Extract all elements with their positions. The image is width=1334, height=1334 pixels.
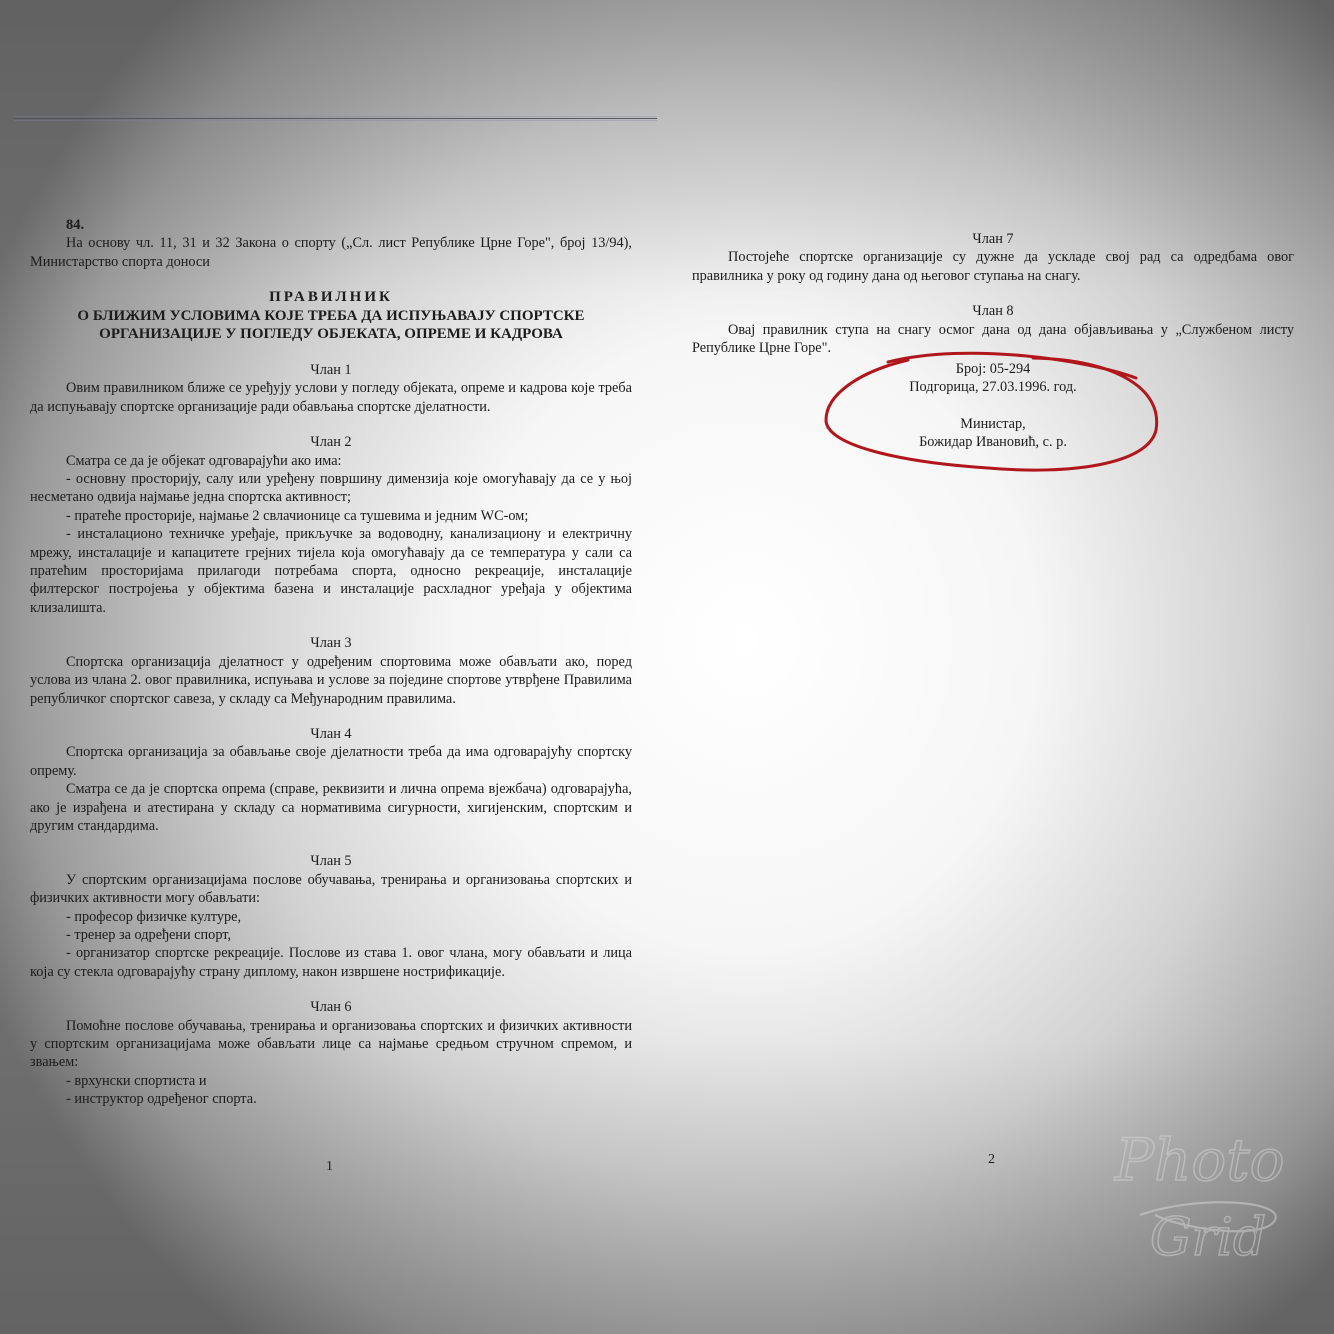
article-paragraph: Помоћне послове обучавања, тренирања и о… [30, 1017, 632, 1072]
article: Члан 5У спортским организацијама послове… [30, 852, 632, 981]
article-paragraph: - пратеће просторије, најмање 2 свлачион… [30, 507, 632, 525]
svg-text:Grid: Grid [1150, 1208, 1266, 1268]
photogrid-watermark-icon: Photo Grid [1095, 1105, 1315, 1325]
title-line-1: ПРАВИЛНИК [30, 288, 632, 307]
article: Члан 8Овај правилник ступа на снагу осмо… [692, 302, 1294, 357]
article-paragraph: - организатор спортске рекреације. Посло… [30, 944, 632, 981]
article-heading: Члан 3 [30, 634, 632, 652]
article-heading: Члан 8 [692, 302, 1294, 320]
document-title: ПРАВИЛНИК О БЛИЖИМ УСЛОВИМА КОЈЕ ТРЕБА Д… [30, 288, 632, 344]
article-heading: Члан 5 [30, 852, 632, 870]
page-2: Члан 7Постојеће спортске организације су… [692, 230, 1294, 357]
item-number: 84. [30, 216, 632, 234]
page-number-1: 1 [326, 1159, 333, 1175]
article-heading: Члан 6 [30, 998, 632, 1016]
svg-text:Photo: Photo [1114, 1126, 1285, 1194]
place-date: Подгорица, 27.03.1996. год. [828, 378, 1158, 396]
article: Члан 1Овим правилником ближе се уређују … [30, 361, 632, 416]
title-line-3: ОРГАНИЗАЦИЈЕ У ПОГЛЕДУ ОБЈЕКАТА, ОПРЕМЕ … [30, 325, 632, 344]
article-heading: Члан 2 [30, 433, 632, 451]
article-paragraph: - професор физичке културе, [30, 908, 632, 926]
article-paragraph: Овим правилником ближе се уређују услови… [30, 379, 632, 416]
article-heading: Члан 1 [30, 361, 632, 379]
article-list: Члан 7Постојеће спортске организације су… [692, 230, 1294, 357]
article: Члан 7Постојеће спортске организације су… [692, 230, 1294, 285]
article-paragraph: Сматра се да је спортска опрема (справе,… [30, 780, 632, 835]
signatory-role: Министар, [828, 415, 1158, 433]
page-1: 84. На основу чл. 11, 31 и 32 Закона о с… [30, 216, 632, 1109]
article-paragraph: - инсталационо техничке уређаје, прикључ… [30, 525, 632, 617]
article-paragraph: - врхунски спортиста и [30, 1072, 632, 1090]
article: Члан 4Спортска организација за обављање … [30, 725, 632, 835]
article-paragraph: - основну просторију, салу или уређену п… [30, 470, 632, 507]
document-number: Број: 05-294 [828, 360, 1158, 378]
page-number-2: 2 [988, 1152, 995, 1168]
article-list: Члан 1Овим правилником ближе се уређују … [30, 361, 632, 1109]
signature-block: Број: 05-294 Подгорица, 27.03.1996. год.… [828, 360, 1158, 452]
article: Члан 6Помоћне послове обучавања, тренира… [30, 998, 632, 1108]
article-heading: Члан 4 [30, 725, 632, 743]
article-paragraph: Спортска организација дјелатност у одређ… [30, 653, 632, 708]
article: Члан 3Спортска организација дјелатност у… [30, 634, 632, 708]
article-paragraph: Спортска организација за обављање своје … [30, 743, 632, 780]
article-paragraph: - инструктор одређеног спорта. [30, 1090, 632, 1108]
article-paragraph: Сматра се да је објекат одговарајући ако… [30, 452, 632, 470]
article-paragraph: У спортским организацијама послове обуча… [30, 871, 632, 908]
article: Члан 2Сматра се да је објекат одговарају… [30, 433, 632, 617]
article-paragraph: Постојеће спортске организације су дужне… [692, 248, 1294, 285]
title-line-2: О БЛИЖИМ УСЛОВИМА КОЈЕ ТРЕБА ДА ИСПУЊАВА… [30, 307, 632, 326]
header-rule [14, 118, 657, 119]
signatory-name: Божидар Ивановић, с. р. [828, 433, 1158, 451]
preamble: На основу чл. 11, 31 и 32 Закона о спорт… [30, 234, 632, 271]
article-heading: Члан 7 [692, 230, 1294, 248]
article-paragraph: Овај правилник ступа на снагу осмог дана… [692, 321, 1294, 358]
article-paragraph: - тренер за одређени спорт, [30, 926, 632, 944]
